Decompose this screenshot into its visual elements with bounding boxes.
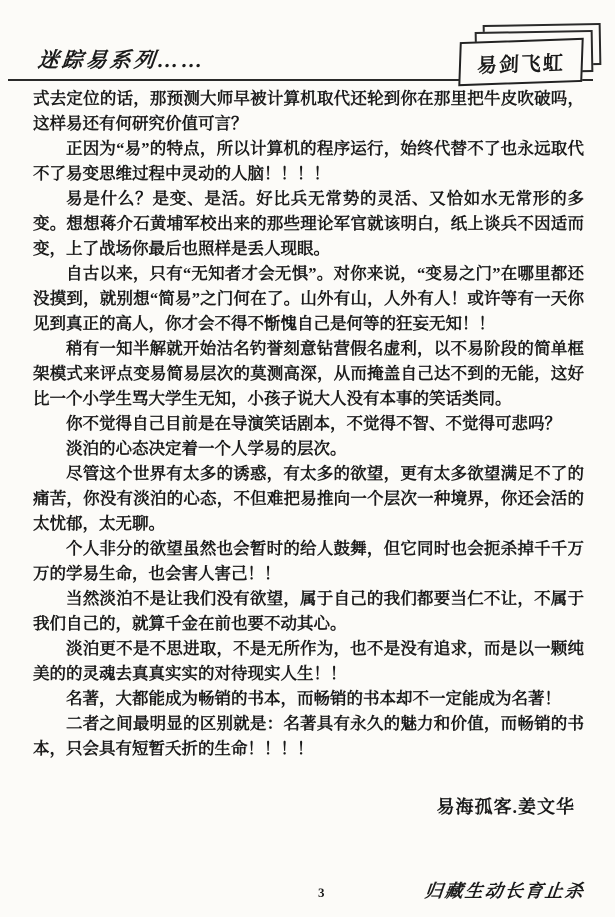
scanned-book-page: 迷踪易系列…… 易剑飞虹 式去定位的话，那预测大师早被计算机取代还轮到你在那里把… (0, 0, 615, 917)
badge-label: 易剑飞虹 (458, 38, 583, 86)
author-signature: 易海孤客.姜文华 (437, 793, 576, 819)
stacked-pages-badge: 易剑飞虹 (459, 24, 601, 88)
paragraph: 自古以来，只有“无知者才会无惧”。对你来说，“变易之门”在哪里都还没摸到，就别想… (33, 261, 584, 336)
footer-motto: 归藏生动长育止杀 (424, 877, 587, 903)
paragraph: 淡泊更不是不思进取，不是无所作为，也不是没有追求，而是以一颗纯美的的灵魂去真真实… (33, 636, 584, 686)
series-title: 迷踪易系列…… (36, 44, 207, 74)
paragraph: 二者之间最明显的区别就是：名著具有永久的魅力和价值，而畅销的书本，只会具有短暂夭… (33, 711, 584, 761)
paragraph: 正因为“易”的特点，所以计算机的程序运行，始终代替不了也永远取代不了易变思维过程… (33, 136, 584, 186)
paragraph: 稍有一知半解就开始沽名钓誉刻意钻营假名虚利，以不易阶段的简单框架模式来评点变易简… (33, 336, 584, 411)
paragraph: 式去定位的话，那预测大师早被计算机取代还轮到你在那里把牛皮吹破吗，这样易还有何研… (33, 86, 584, 136)
paragraph: 尽管这个世界有太多的诱惑，有太多的欲望，更有太多欲望满足不了的痛苦，你没有淡泊的… (33, 461, 584, 536)
paragraph: 淡泊的心态决定着一个人学易的层次。 (33, 436, 584, 461)
paragraph: 当然淡泊不是让我们没有欲望，属于自己的我们都要当仁不让，不属于我们自己的，就算千… (33, 586, 584, 636)
paragraph: 名著，大都能成为畅销的书本，而畅销的书本却不一定能成为名著！ (33, 686, 584, 711)
page-number: 3 (318, 885, 325, 901)
paragraph: 你不觉得自己目前是在导演笑话剧本，不觉得不智、不觉得可悲吗？ (33, 411, 584, 436)
paragraph: 易是什么？是变、是活。好比兵无常势的灵活、又恰如水无常形的多变。想想蒋介石黄埔军… (33, 186, 584, 261)
paragraph: 个人非分的欲望虽然也会暂时的给人鼓舞，但它同时也会扼杀掉千千万万的学易生命，也会… (33, 536, 584, 586)
body-text: 式去定位的话，那预测大师早被计算机取代还轮到你在那里把牛皮吹破吗，这样易还有何研… (33, 86, 584, 761)
